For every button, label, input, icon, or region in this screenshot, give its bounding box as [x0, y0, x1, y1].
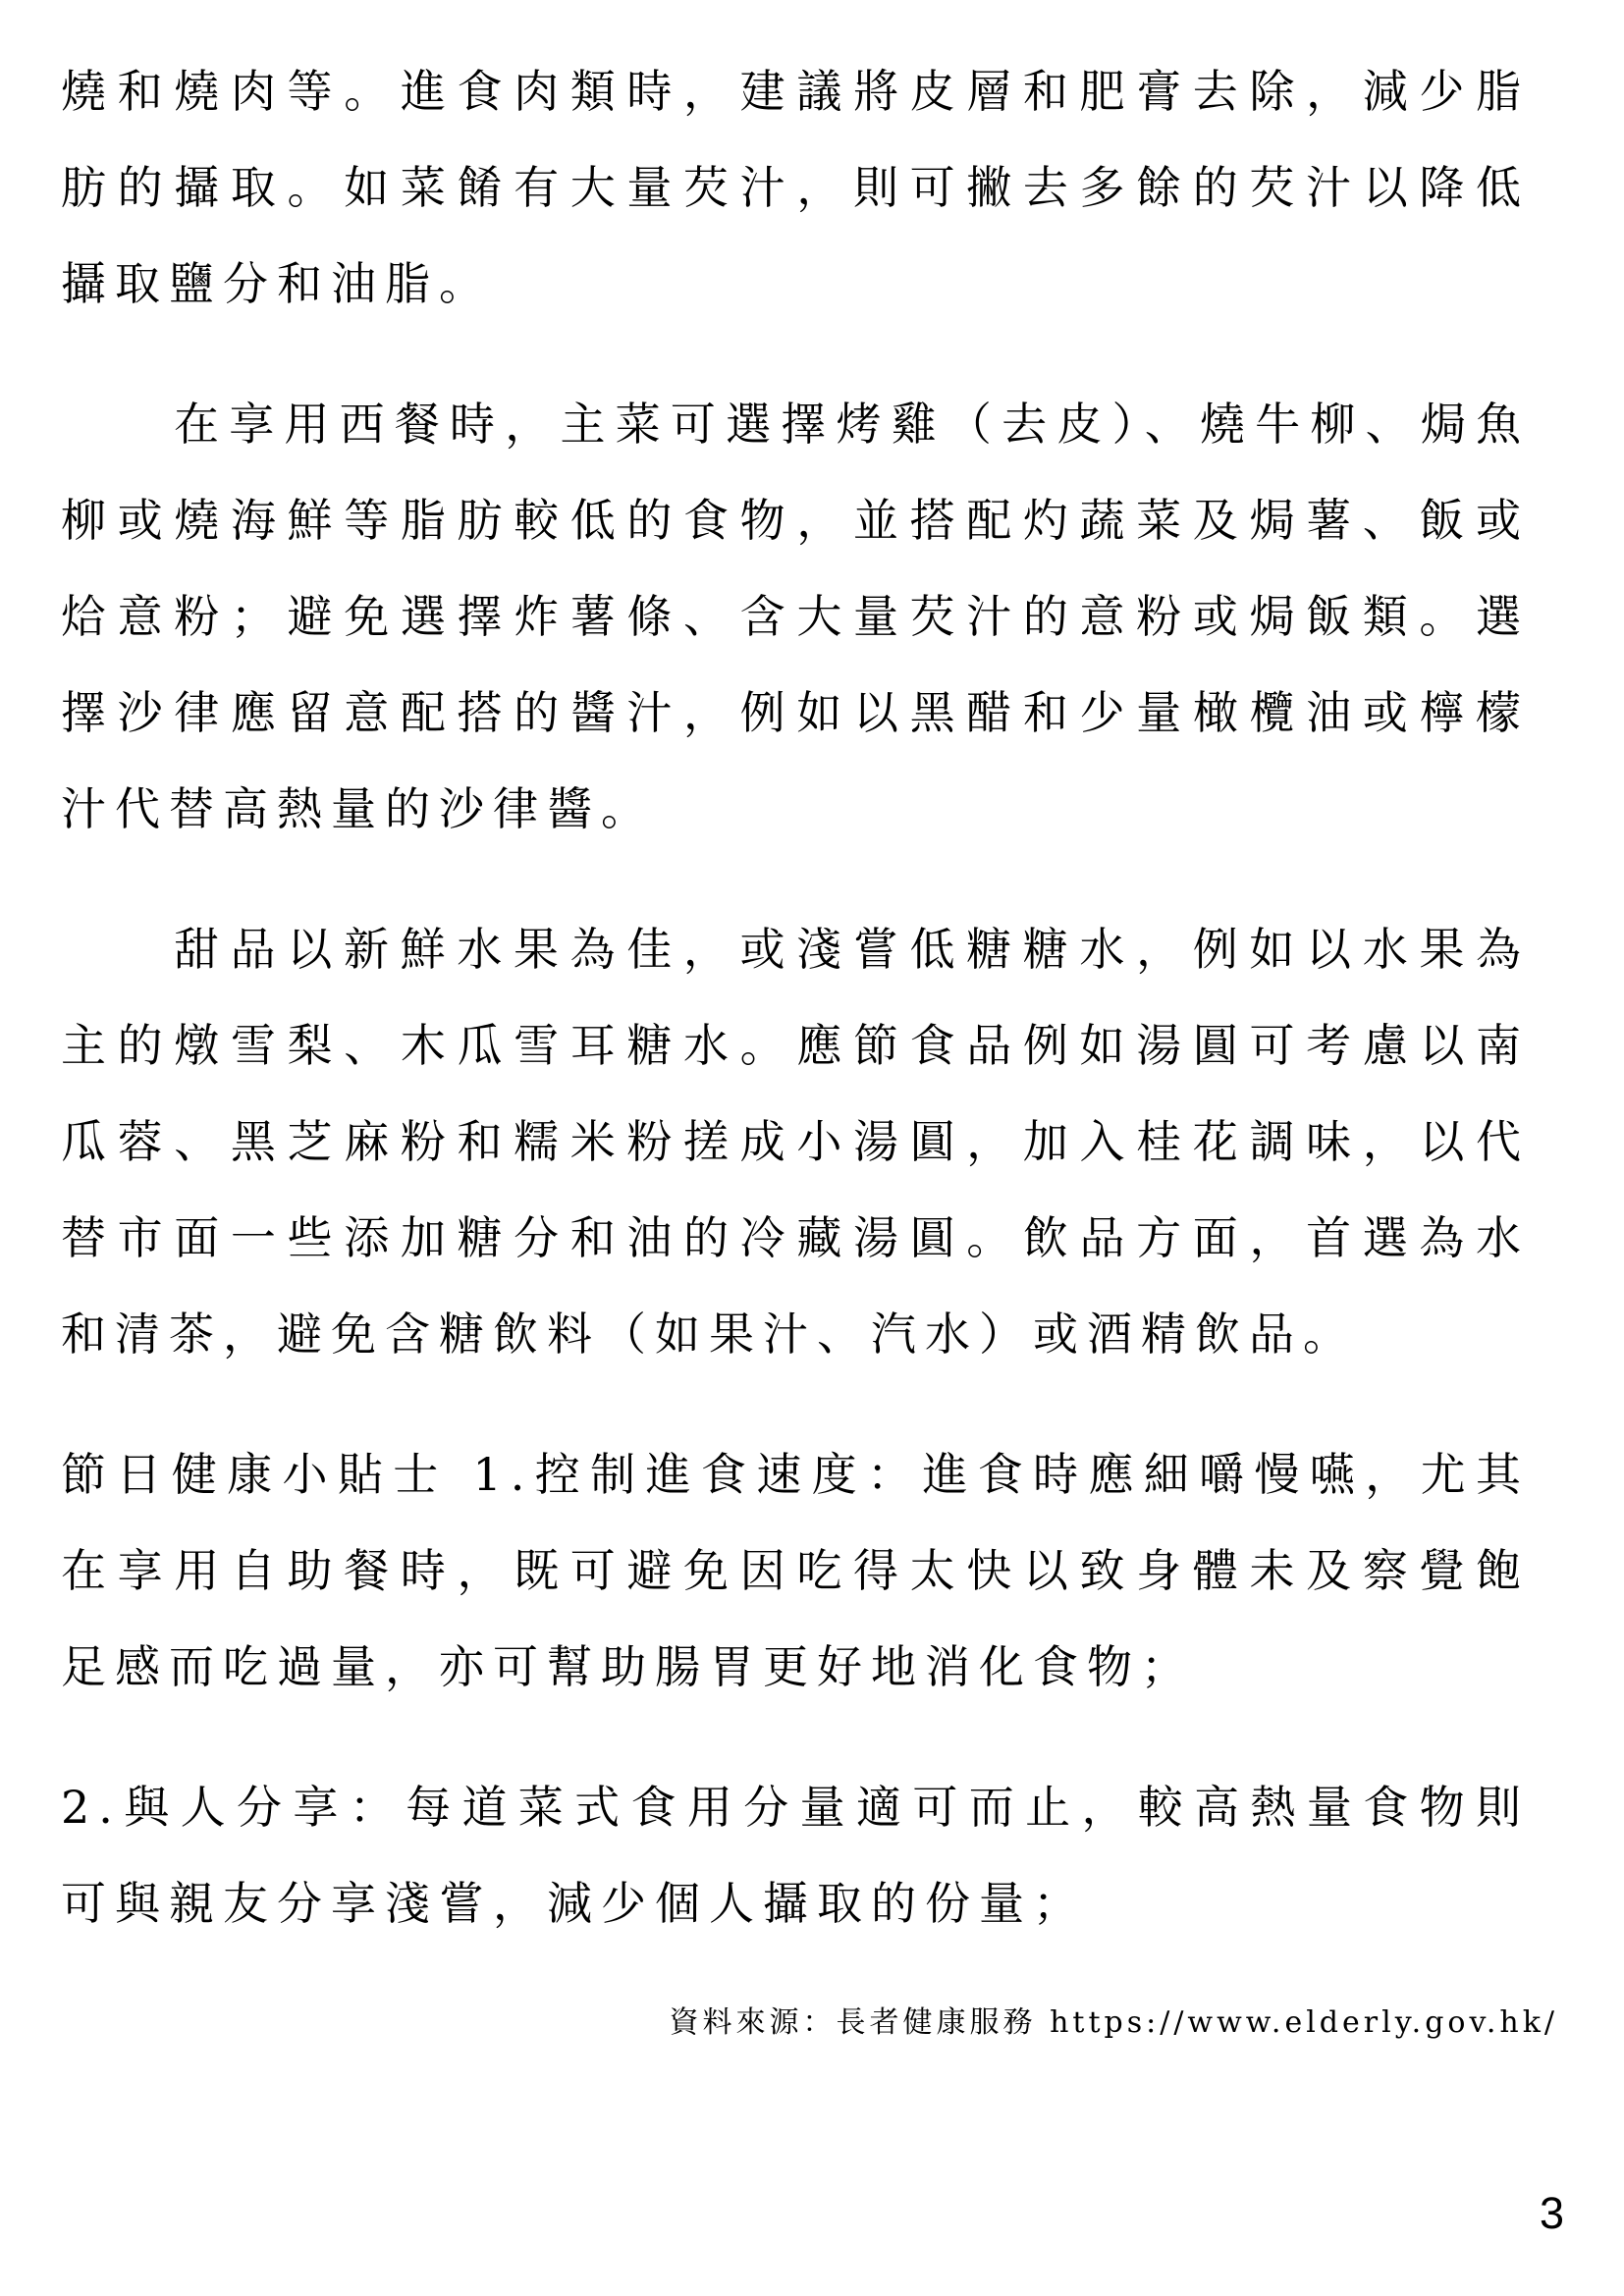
text-line: 汁代替高熱量的沙律醬。: [61, 761, 1530, 857]
paragraph-4-holiday-tips: 節日健康小貼士 1.控制進食速度：進食時應細嚼慢嚥，尤其 在享用自助餐時，既可避…: [61, 1426, 1530, 1715]
text-line: 可與親友分享淺嘗，減少個人攝取的份量；: [61, 1855, 1530, 1951]
text-line: 肪的攝取。如菜餚有大量芡汁，則可撇去多餘的芡汁以降低: [61, 139, 1530, 236]
text-line: 烚意粉；避免選擇炸薯條、含大量芡汁的意粉或焗飯類。選: [61, 568, 1530, 665]
paragraph-1: 燒和燒肉等。進食肉類時，建議將皮層和肥膏去除，減少脂 肪的攝取。如菜餚有大量芡汁…: [61, 43, 1530, 332]
text-line: 替市面一些添加糖分和油的冷藏湯圓。飲品方面，首選為水: [61, 1190, 1530, 1286]
text-line: 2.與人分享：每道菜式食用分量適可而止，較高熱量食物則: [61, 1759, 1530, 1855]
text-line: 攝取鹽分和油脂。: [61, 236, 1530, 332]
text-line: 燒和燒肉等。進食肉類時，建議將皮層和肥膏去除，減少脂: [61, 43, 1530, 139]
text-line: 柳或燒海鮮等脂肪較低的食物，並搭配灼蔬菜及焗薯、飯或: [61, 472, 1530, 568]
text-line: 主的燉雪梨、木瓜雪耳糖水。應節食品例如湯圓可考慮以南: [61, 997, 1530, 1094]
text-line: 節日健康小貼士 1.控制進食速度：進食時應細嚼慢嚥，尤其: [61, 1426, 1530, 1522]
text-line: 在享用西餐時，主菜可選擇烤雞（去皮）、燒牛柳、焗魚: [61, 376, 1530, 472]
text-line: 甜品以新鮮水果為佳，或淺嘗低糖糖水，例如以水果為: [61, 901, 1530, 997]
text-line: 和清茶，避免含糖飲料（如果汁、汽水）或酒精飲品。: [61, 1286, 1530, 1382]
text-line: 擇沙律應留意配搭的醬汁，例如以黑醋和少量橄欖油或檸檬: [61, 665, 1530, 761]
text-line: 瓜蓉、黑芝麻粉和糯米粉搓成小湯圓，加入桂花調味，以代: [61, 1094, 1530, 1190]
paragraph-5-tip-2: 2.與人分享：每道菜式食用分量適可而止，較高熱量食物則 可與親友分享淺嘗，減少個…: [61, 1759, 1530, 1951]
text-line: 在享用自助餐時，既可避免因吃得太快以致身體未及察覺飽: [61, 1522, 1530, 1619]
text-line: 足感而吃過量，亦可幫助腸胃更好地消化食物；: [61, 1619, 1530, 1715]
page-number: 3: [1540, 2191, 1564, 2235]
paragraph-2: 在享用西餐時，主菜可選擇烤雞（去皮）、燒牛柳、焗魚 柳或燒海鮮等脂肪較低的食物，…: [61, 376, 1530, 857]
source-attribution: 資料來源：長者健康服務 https://www.elderly.gov.hk/: [61, 2005, 1558, 2041]
document-page: 燒和燒肉等。進食肉類時，建議將皮層和肥膏去除，減少脂 肪的攝取。如菜餚有大量芡汁…: [0, 0, 1624, 2296]
document-body: 燒和燒肉等。進食肉類時，建議將皮層和肥膏去除，減少脂 肪的攝取。如菜餚有大量芡汁…: [61, 43, 1530, 2041]
paragraph-3: 甜品以新鮮水果為佳，或淺嘗低糖糖水，例如以水果為 主的燉雪梨、木瓜雪耳糖水。應節…: [61, 901, 1530, 1382]
